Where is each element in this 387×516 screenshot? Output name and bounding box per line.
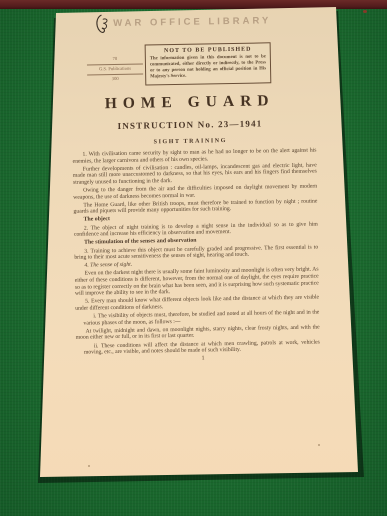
page-subtitle: INSTRUCTION No. 23—1941 [60,117,320,132]
page-title: HOME GUARD [60,91,320,114]
notice-box: NOT TO BE PUBLISHED The information give… [145,42,272,86]
publication-number-bottom: 300 [83,75,147,83]
paragraph-4: Even on the darkest night there is usual… [75,267,319,298]
notice-body: The information given in this document i… [150,54,266,80]
document-content: WAR OFFICE LIBRARY 70 G.S. Publications … [58,5,344,480]
notice-title: NOT TO BE PUBLISHED [150,46,266,54]
publication-block: 70 G.S. Publications 300 [83,55,147,83]
publication-number-top: 70 [83,55,147,63]
red-speck [363,10,367,13]
publication-label: G.S. Publications [83,65,147,73]
body-text: 1. With civilisation came security by si… [72,148,320,367]
photo-scene: WAR OFFICE LIBRARY 70 G.S. Publications … [0,0,387,516]
section-heading-sight-training: SIGHT TRAINING [60,136,320,147]
paragraph-1b: Further developments of civilisation : c… [73,162,317,186]
